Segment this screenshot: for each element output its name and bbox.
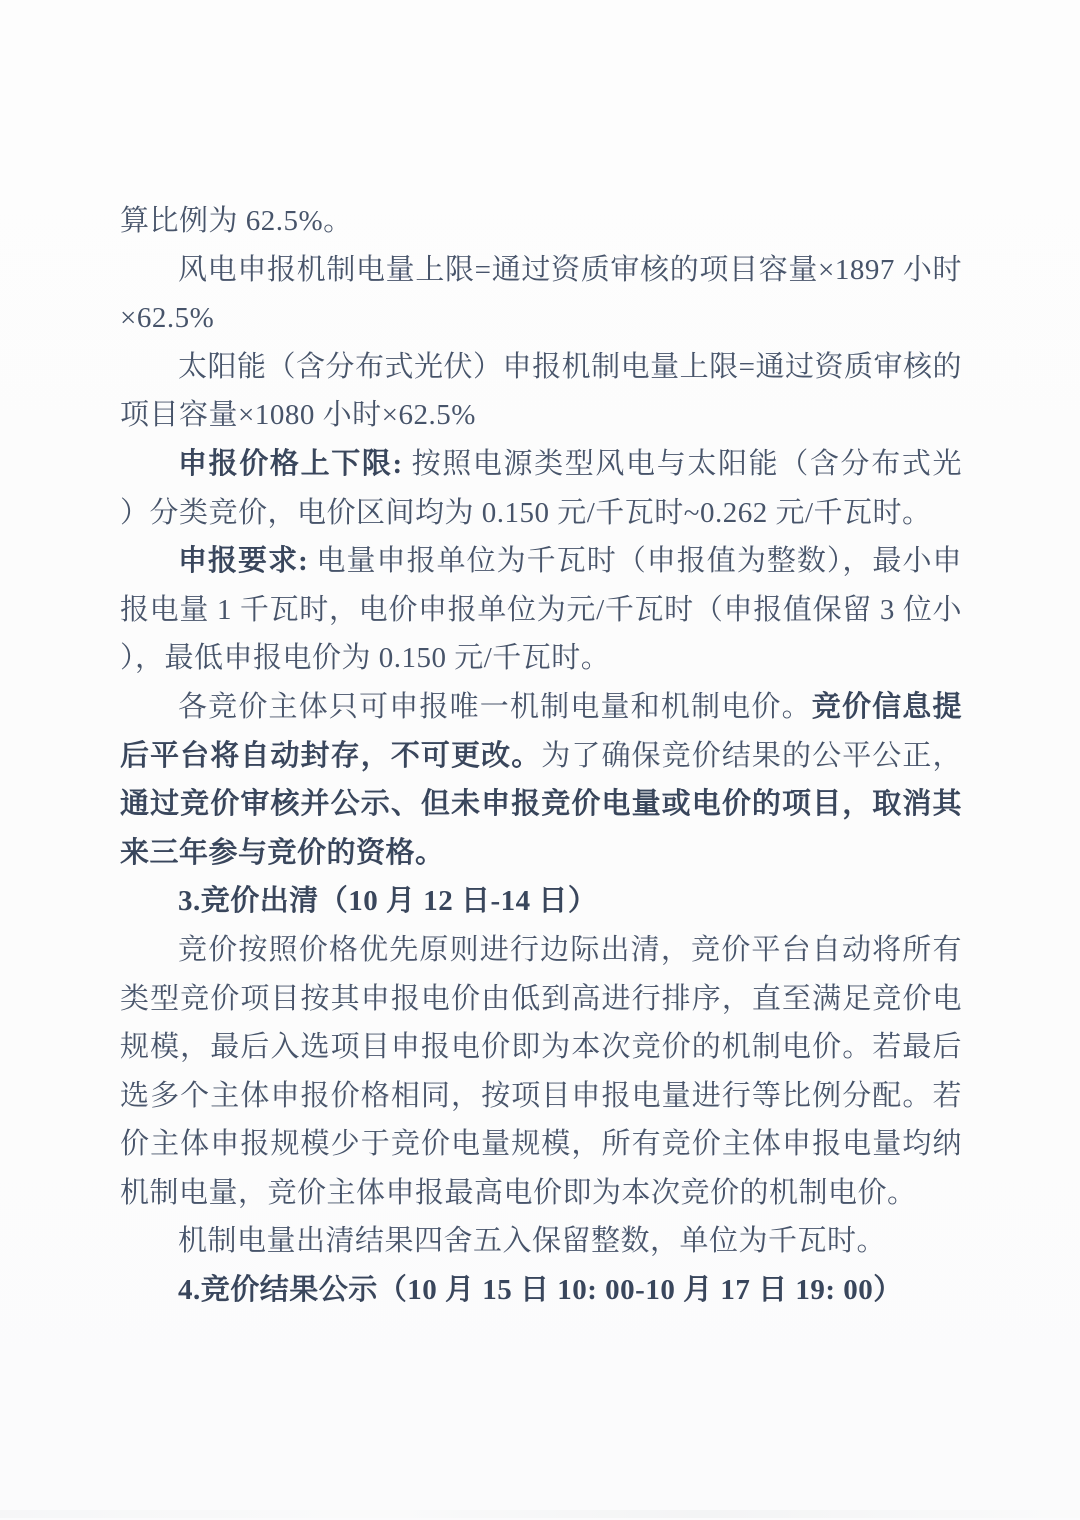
text-line: 风电申报机制电量上限=通过资质审核的项目容量×1897 小时 [120, 246, 962, 295]
text-run: 选多个主体申报价格相同，按项目申报电量进行等比例分配。若竞 [120, 1080, 962, 1121]
text-line: 算比例为 62.5%。 [120, 197, 962, 246]
text-line: ），最低申报电价为 0.150 元/千瓦时。 [120, 634, 962, 683]
bold-text-run: 3.竞价出清（10 月 12 日-14 日） [178, 885, 597, 917]
text-line: 竞价按照价格优先原则进行边际出清，竞价平台自动将所有同 [120, 926, 962, 975]
text-run: 项目容量×1080 小时×62.5% [120, 399, 476, 431]
text-run: 为了确保竞价结果的公平公正， [541, 740, 962, 772]
text-line: 选多个主体申报价格相同，按项目申报电量进行等比例分配。若竞 [120, 1072, 962, 1121]
text-run: 机制电量出清结果四舍五入保留整数，单位为千瓦时。 [178, 1225, 886, 1257]
text-line: 项目容量×1080 小时×62.5% [120, 391, 962, 440]
text-line: 机制电量出清结果四舍五入保留整数，单位为千瓦时。 [120, 1217, 962, 1266]
bold-text-run: 申报要求: [178, 545, 317, 577]
text-line: 太阳能（含分布式光伏）申报机制电量上限=通过资质审核的 [120, 343, 962, 392]
text-run: 算比例为 62.5%。 [120, 205, 353, 237]
text-line: 4.竞价结果公示（10 月 15 日 10: 00-10 月 17 日 19: … [120, 1266, 962, 1315]
scan-artifact-bottom [0, 1510, 1080, 1518]
text-line: 规模，最后入选项目申报电价即为本次竞价的机制电价。若最后入 [120, 1023, 962, 1072]
text-line: 报电量 1 千瓦时，电价申报单位为元/千瓦时（申报值保留 3 位小数 [120, 586, 962, 635]
text-line: 后平台将自动封存，不可更改。为了确保竞价结果的公平公正，对 [120, 732, 962, 781]
text-line: 通过竞价审核并公示、但未申报竞价电量或电价的项目，取消其未 [120, 780, 962, 829]
text-line: 申报价格上下限: 按照电源类型风电与太阳能（含分布式光伏 [120, 440, 962, 489]
bold-text-run: 通过竞价审核并公示、但未申报竞价电量或电价的项目，取消其未 [120, 788, 962, 829]
bold-text-run: 4.竞价结果公示（10 月 15 日 10: 00-10 月 17 日 19: … [178, 1274, 903, 1306]
text-line: 3.竞价出清（10 月 12 日-14 日） [120, 877, 962, 926]
text-run: ）分类竞价，电价区间均为 0.150 元/千瓦时~0.262 元/千瓦时。 [120, 497, 932, 529]
text-line: 来三年参与竞价的资格。 [120, 829, 962, 878]
text-run: ），最低申报电价为 0.150 元/千瓦时。 [120, 642, 610, 674]
bold-text-run: 来三年参与竞价的资格。 [120, 837, 445, 869]
text-run: 电量申报单位为千瓦时（申报值为整数），最小申 [317, 545, 962, 577]
text-line: 各竞价主体只可申报唯一机制电量和机制电价。竞价信息提交 [120, 683, 962, 732]
text-run: 类型竞价项目按其申报电价由低到高进行排序，直至满足竞价电量 [120, 983, 962, 1024]
text-run: 价主体申报规模少于竞价电量规模，所有竞价主体申报电量均纳入 [120, 1128, 962, 1169]
text-run: 各竞价主体只可申报唯一机制电量和机制电价。 [178, 691, 812, 723]
scanned-document-page: 算比例为 62.5%。风电申报机制电量上限=通过资质审核的项目容量×1897 小… [0, 0, 1080, 1520]
text-run: 规模，最后入选项目申报电价即为本次竞价的机制电价。若最后入 [120, 1031, 962, 1072]
text-run: ×62.5% [120, 302, 214, 334]
bold-text-run: 后平台将自动封存，不可更改。 [120, 740, 541, 772]
text-line: 申报要求: 电量申报单位为千瓦时（申报值为整数），最小申 [120, 537, 962, 586]
bold-text-run: 申报价格上下限: [178, 448, 412, 480]
text-run: 竞价按照价格优先原则进行边际出清，竞价平台自动将所有同 [120, 934, 962, 975]
text-run: 报电量 1 千瓦时，电价申报单位为元/千瓦时（申报值保留 3 位小数 [120, 594, 962, 635]
text-run: 太阳能（含分布式光伏）申报机制电量上限=通过资质审核的 [178, 351, 962, 383]
text-run: 机制电量，竞价主体申报最高电价即为本次竞价的机制电价。 [120, 1177, 917, 1209]
text-line: ）分类竞价，电价区间均为 0.150 元/千瓦时~0.262 元/千瓦时。 [120, 489, 962, 538]
text-line: 类型竞价项目按其申报电价由低到高进行排序，直至满足竞价电量 [120, 975, 962, 1024]
text-line: 机制电量，竞价主体申报最高电价即为本次竞价的机制电价。 [120, 1169, 962, 1218]
text-line: ×62.5% [120, 294, 962, 343]
text-run: 风电申报机制电量上限=通过资质审核的项目容量×1897 小时 [178, 254, 962, 286]
text-line: 价主体申报规模少于竞价电量规模，所有竞价主体申报电量均纳入 [120, 1120, 962, 1169]
document-text-block: 算比例为 62.5%。风电申报机制电量上限=通过资质审核的项目容量×1897 小… [120, 197, 962, 1315]
